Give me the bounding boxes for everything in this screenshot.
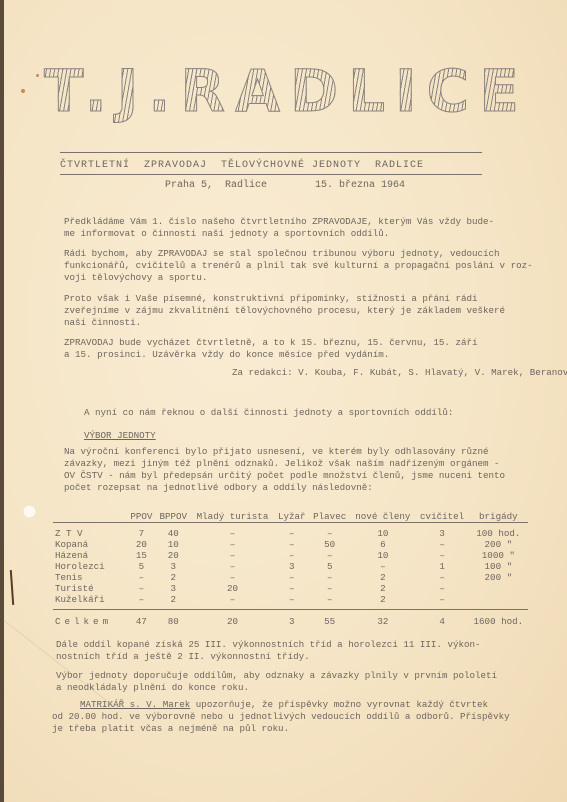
column-header [53, 500, 127, 523]
table-row: Horolezci53–35–1100 " [53, 561, 528, 572]
column-header: Plavec [309, 500, 350, 523]
table-row: Házená1520–––10–1000 " [53, 550, 528, 561]
intro-paragraph-4: ZPRAVODAJ bude vycházet čtvrtletně, a to… [64, 337, 464, 361]
registrar-label: MATRIKÁŘ s. V. Marek [80, 699, 190, 710]
column-header: BPPOV [156, 500, 191, 523]
column-header: cvičitel [416, 500, 469, 523]
intro-paragraph-2: Rádi bychom, aby ZPRAVODAJ se stal spole… [64, 248, 464, 284]
intro-paragraph-1: Předkládáme Vám 1. číslo našeho čtvrtlet… [64, 216, 464, 240]
table-row: Turisté–320––2– [53, 583, 528, 594]
committee-paragraph: Na výroční konferenci bylo přijato usnes… [64, 446, 464, 494]
closing-paragraph-3: MATRIKÁŘ s. V. Marek upozorňuje, že přís… [52, 699, 452, 735]
section-title-committee: VÝBOR JEDNOTY [84, 430, 156, 441]
issue-date: 15. března 1964 [315, 180, 405, 191]
activities-lead: A nyní co nám řeknou o další činnosti je… [84, 407, 484, 419]
editorial-signature: Za redakci: V. Kouba, F. Kubát, S. Hlava… [232, 367, 567, 378]
column-header: nové členy [350, 500, 415, 523]
table-row: Tenis–2–––2–200 " [53, 572, 528, 583]
stain-spot [21, 89, 25, 93]
stain-spot [36, 74, 39, 77]
header-rule-top [60, 152, 482, 153]
masthead-title: T.J.RADLICE [44, 58, 529, 124]
closing-paragraph-2: Výbor jednoty doporučuje oddílům, aby od… [56, 670, 456, 694]
column-header: Mladý turista [191, 500, 275, 523]
intro-paragraph-3: Proto však i Vaše písemné, konstruktivní… [64, 293, 464, 329]
column-header: Lyžař [274, 500, 309, 523]
closing-paragraph-1: Dále oddíl kopané získá 25 III. výkonnos… [56, 639, 456, 663]
dateline: Praha 5, Radlice 15. března 1964 [165, 180, 405, 191]
column-header: brigády [469, 500, 528, 523]
table-row: Z T V740–––103100 hod. [53, 523, 528, 540]
masthead: T.J.RADLICE [44, 58, 484, 124]
column-header: PPOV [127, 500, 156, 523]
place: Praha 5, Radlice [165, 180, 267, 191]
punch-hole [23, 505, 36, 518]
newsletter-subtitle: ČTVRTLETNÍ ZPRAVODAJ TĚLOVÝCHOVNÉ JEDNOT… [60, 160, 482, 171]
table-row: Kopaná2010––506–200 " [53, 539, 528, 550]
targets-table: PPOV BPPOV Mladý turista Lyžař Plavec no… [53, 500, 528, 627]
table-header-row: PPOV BPPOV Mladý turista Lyžař Plavec no… [53, 500, 528, 523]
table-row: Kuželkáři–2–––2– [53, 594, 528, 610]
table-total-row: Celkem4780203553241600 hod. [53, 610, 528, 628]
header-rule-bottom [60, 174, 482, 175]
